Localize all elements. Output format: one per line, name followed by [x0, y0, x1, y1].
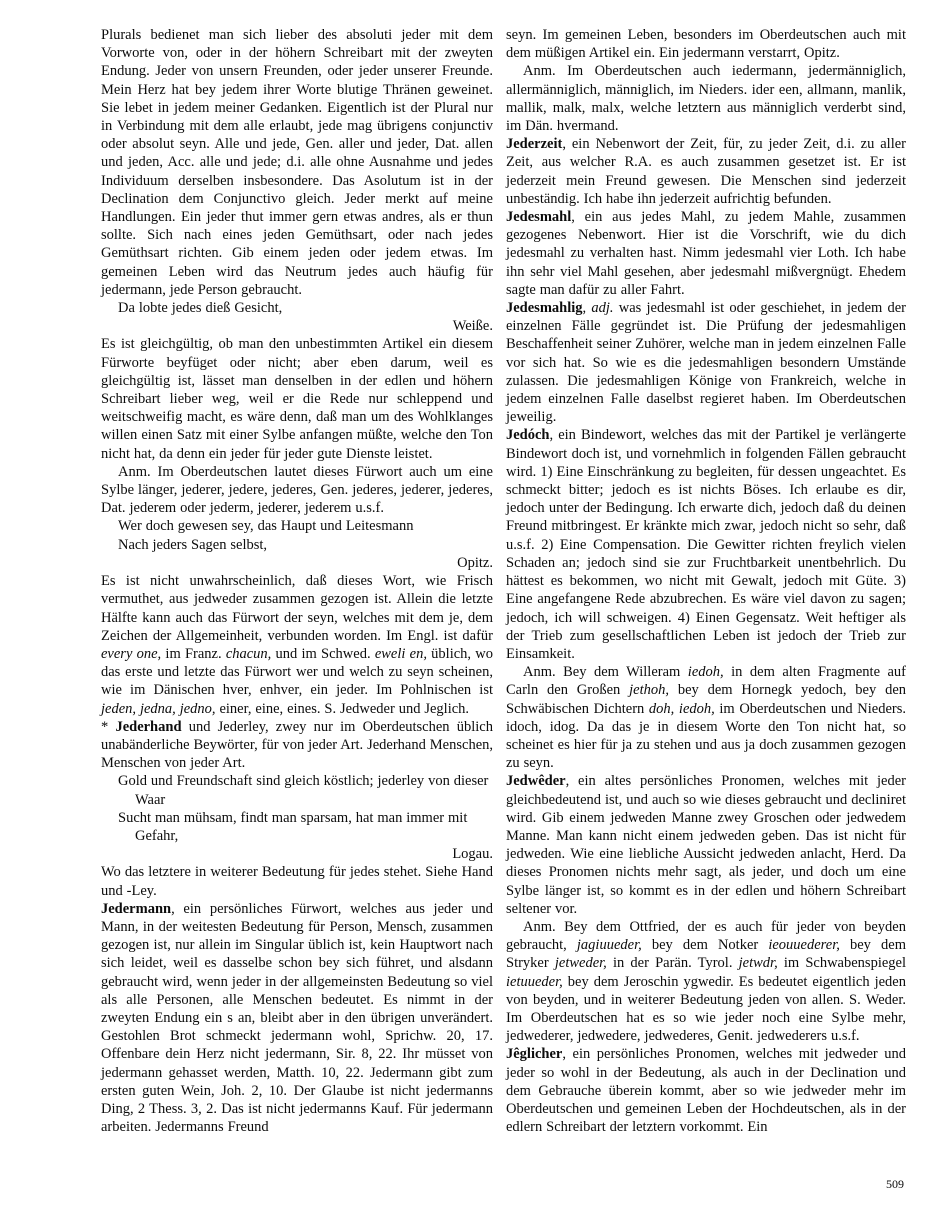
text-segment: Wo das letztere in weiterer Bedeutung fü…	[101, 864, 493, 898]
text-segment: Weiße.	[453, 318, 493, 334]
text-segment: einer, eine, eines. S. Jedweder und Jegl…	[216, 701, 470, 717]
italic-term: doh, iedoh,	[649, 701, 715, 717]
text-columns: Plurals bedienet man sich lieber des abs…	[101, 26, 906, 1136]
text-segment: Wer doch gewesen sey, das Haupt und Leit…	[118, 518, 413, 534]
text-segment: Anm. Im Oberdeutschen auch iedermann, je…	[506, 63, 906, 134]
headword: Jederzeit	[506, 136, 562, 152]
verse-line: Wer doch gewesen sey, das Haupt und Leit…	[135, 517, 493, 535]
headword: Jederhand	[115, 719, 181, 735]
entry-jederhand: * Jederhand und Jederley, zwey nur im Ob…	[101, 718, 493, 773]
italic-term: jetwdr,	[739, 955, 778, 971]
entry-jedermann: Jedermann, ein persönliches Fürwort, wel…	[101, 900, 493, 1137]
text-segment: bey dem Notker	[642, 937, 769, 953]
verse-line: Da lobte jedes dieß Gesicht,	[135, 299, 493, 317]
headword: Jedesmahlig	[506, 300, 583, 316]
italic-term: iedoh,	[688, 664, 724, 680]
verse-line: Sucht man mühsam, findt man sparsam, hat…	[135, 809, 493, 845]
entry-jedesmahlig: Jedesmahlig, adj. was jedesmahl ist oder…	[506, 299, 906, 426]
text-segment: im Franz.	[161, 646, 226, 662]
headword: Jêglicher	[506, 1046, 562, 1062]
attribution: Opitz.	[101, 554, 493, 572]
attribution: Weiße.	[101, 317, 493, 335]
anmerkung: Anm. Im Oberdeutschen lautet dieses Fürw…	[101, 463, 493, 518]
body-paragraph-jeder-continuation: Plurals bedienet man sich lieber des abs…	[101, 26, 493, 299]
entry-jedweder: Jedwêder, ein altes persönliches Pronome…	[506, 772, 906, 918]
body-paragraph-jedermann-continuation: seyn. Im gemeinen Leben, besonders im Ob…	[506, 26, 906, 62]
text-segment: und im Schwed.	[271, 646, 375, 662]
italic-term: ieouuederer,	[768, 937, 840, 953]
attribution: Logau.	[101, 845, 493, 863]
text-segment: in der Parän. Tyrol.	[607, 955, 739, 971]
italic-term: jeden, jedna, jedno,	[101, 701, 216, 717]
text-segment: , ein altes persönliches Pronomen, welch…	[506, 773, 906, 916]
page-number: 509	[886, 1178, 904, 1190]
entry-jedoch: Jedóch, ein Bindewort, welches das mit d…	[506, 426, 906, 663]
entry-jederzeit: Jederzeit, ein Nebenwort der Zeit, für, …	[506, 135, 906, 208]
text-segment: bey dem Jeroschin ygwedir. Es bedeutet e…	[506, 974, 906, 1045]
text-segment: Gold und Freundschaft sind gleich köstli…	[118, 773, 488, 807]
entry-jeglicher: Jêglicher, ein persönliches Pronomen, we…	[506, 1045, 906, 1136]
body-paragraph: Es ist gleichgültig, ob man den unbestim…	[101, 335, 493, 462]
italic-term: eweli en,	[375, 646, 427, 662]
headword: Jedermann	[101, 901, 171, 917]
text-segment: *	[101, 719, 115, 735]
text-segment: Es ist gleichgültig, ob man den unbestim…	[101, 336, 493, 461]
text-segment: Da lobte jedes dieß Gesicht,	[118, 300, 282, 316]
text-segment: , ein Bindewort, welches das mit der Par…	[506, 427, 906, 661]
left-column: Plurals bedienet man sich lieber des abs…	[101, 26, 493, 1136]
italic-term: every one,	[101, 646, 161, 662]
italic-term: jagiuueder,	[577, 937, 642, 953]
text-segment: Anm. Im Oberdeutschen lautet dieses Fürw…	[101, 464, 493, 516]
text-segment: Plurals bedienet man sich lieber des abs…	[101, 27, 493, 298]
text-segment: Anm. Bey dem Willeram	[523, 664, 688, 680]
italic-term: jethoh,	[629, 682, 669, 698]
italic-term: ietuueder,	[506, 974, 563, 990]
dictionary-page: Plurals bedienet man sich lieber des abs…	[0, 0, 935, 1210]
text-segment: , ein Nebenwort der Zeit, für, zu jeder …	[506, 136, 906, 207]
text-segment: Es ist nicht unwahrscheinlich, daß diese…	[101, 573, 493, 644]
headword: Jedwêder	[506, 773, 566, 789]
text-segment: Opitz.	[457, 555, 493, 571]
text-segment: seyn. Im gemeinen Leben, besonders im Ob…	[506, 27, 906, 61]
text-segment: Sucht man mühsam, findt man sparsam, hat…	[118, 810, 467, 844]
anmerkung: Anm. Im Oberdeutschen auch iedermann, je…	[506, 62, 906, 135]
verse-line: Gold und Freundschaft sind gleich köstli…	[135, 772, 493, 808]
verse-line: Nach jeders Sagen selbst,	[135, 536, 493, 554]
entry-jedesmahl: Jedesmahl, ein aus jedes Mahl, zu jedem …	[506, 208, 906, 299]
headword: Jedesmahl	[506, 209, 571, 225]
italic-term: chacun,	[226, 646, 272, 662]
text-segment: Nach jeders Sagen selbst,	[118, 537, 267, 553]
body-paragraph: Wo das letztere in weiterer Bedeutung fü…	[101, 863, 493, 899]
text-segment: Logau.	[452, 846, 493, 862]
right-column: seyn. Im gemeinen Leben, besonders im Ob…	[506, 26, 906, 1136]
italic-term: adj.	[591, 300, 613, 316]
body-paragraph: Es ist nicht unwahrscheinlich, daß diese…	[101, 572, 493, 718]
headword: Jedóch	[506, 427, 550, 443]
text-segment: im Schwabenspiegel	[778, 955, 906, 971]
anmerkung: Anm. Bey dem Ottfried, der es auch für j…	[506, 918, 906, 1045]
text-segment: was jedesmahl ist oder geschiehet, in je…	[506, 300, 906, 425]
anmerkung: Anm. Bey dem Willeram iedoh, in dem alte…	[506, 663, 906, 772]
text-segment: , ein persönliches Pronomen, welches mit…	[506, 1046, 906, 1135]
text-segment: , ein persönliches Fürwort, welches aus …	[101, 901, 493, 1135]
italic-term: jetweder,	[555, 955, 607, 971]
